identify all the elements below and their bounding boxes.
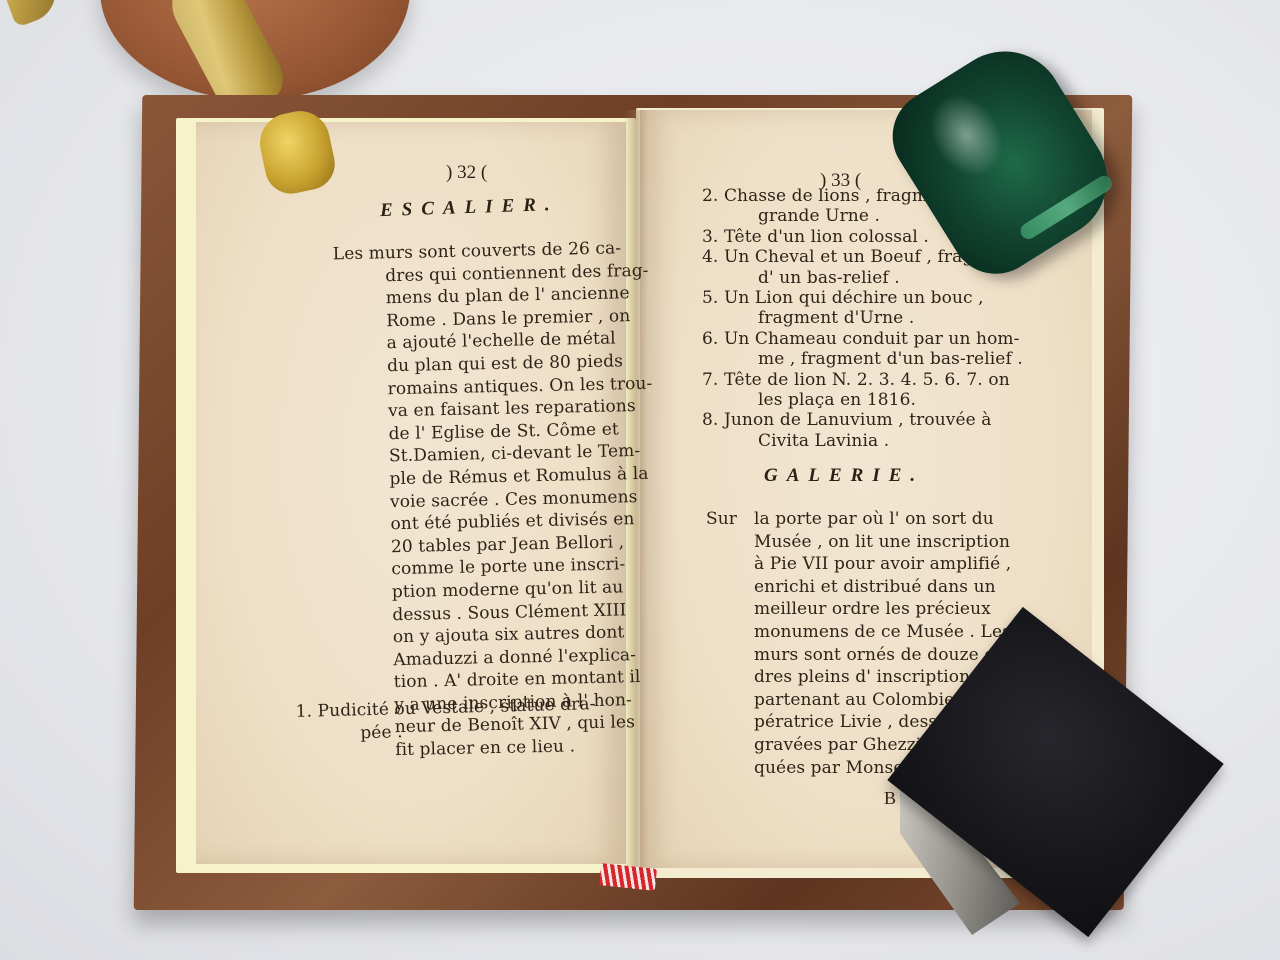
text-line-content: la porte par où l' on sort du bbox=[754, 509, 994, 529]
item-number: 8. bbox=[702, 410, 718, 430]
text-line: Surla porte par où l' on sort du bbox=[706, 508, 1034, 531]
item-number: 3. bbox=[702, 227, 718, 247]
right-page-heading: GALERIE. bbox=[764, 465, 924, 487]
text-line: enrichi et distribué dans un bbox=[706, 576, 1034, 599]
left-page-paragraph: Les murs sont couverts de 26 ca- dres qu… bbox=[333, 237, 661, 763]
item-text: Un Lion qui déchire un bouc , bbox=[724, 288, 984, 308]
list-item: 8. Junon de Lanuvium , trouvée à bbox=[702, 410, 1023, 430]
item-number: 7. bbox=[702, 370, 718, 390]
item-number: 1. bbox=[295, 702, 312, 722]
list-item: 6. Un Chameau conduit par un hom- bbox=[702, 329, 1023, 349]
item-text: Un Chameau conduit par un hom- bbox=[724, 329, 1020, 349]
text-line: à Pie VII pour avoir amplifié , bbox=[706, 553, 1034, 576]
list-item-continuation: fragment d'Urne . bbox=[702, 308, 1023, 328]
list-item: 7. Tête de lion N. 2. 3. 4. 5. 6. 7. on bbox=[702, 370, 1023, 390]
list-item-continuation: Civita Lavinia . bbox=[702, 431, 1023, 451]
paragraph-lead: Sur bbox=[706, 508, 754, 531]
item-text: Junon de Lanuvium , trouvée à bbox=[724, 410, 992, 430]
list-item-continuation: d' un bas-relief . bbox=[702, 268, 1023, 288]
item-text: Tête d'un lion colossal . bbox=[724, 227, 929, 247]
list-item: 5. Un Lion qui déchire un bouc , bbox=[702, 288, 1023, 308]
item-number: 2. bbox=[702, 186, 718, 206]
left-page-list-item-1: 1. Pudicité ou Vestale , statue dra- pée… bbox=[295, 693, 596, 746]
text-line: monumens de ce Musée . Les bbox=[706, 621, 1034, 644]
list-item-continuation: me , fragment d'un bas-relief . bbox=[702, 349, 1023, 369]
left-page-number: ) 32 ( bbox=[446, 162, 487, 184]
text-line: meilleur ordre les précieux bbox=[706, 598, 1034, 621]
item-number: 4. bbox=[702, 247, 718, 267]
bronze-statue-hand bbox=[6, 0, 63, 28]
item-number: 6. bbox=[702, 329, 718, 349]
item-number: 5. bbox=[702, 288, 718, 308]
photo-scene: ) 32 ( ESCALIER. Les murs sont couverts … bbox=[0, 0, 1280, 960]
text-line: Musée , on lit une inscription bbox=[706, 531, 1034, 554]
item-text: Tête de lion N. 2. 3. 4. 5. 6. 7. on bbox=[724, 370, 1010, 390]
list-item-continuation: les plaça en 1816. bbox=[702, 390, 1023, 410]
